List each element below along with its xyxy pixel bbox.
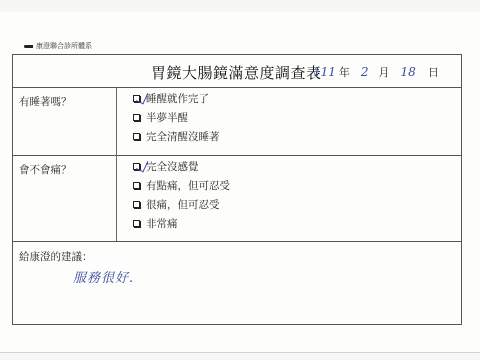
divider (13, 241, 461, 242)
option-label: 很痛，但可忍受 (146, 197, 220, 212)
year-unit: 年 (339, 64, 350, 80)
option-label: 有點痛，但可忍受 (146, 178, 230, 193)
divider (13, 87, 461, 88)
day-value[interactable]: 18 (401, 65, 416, 79)
checkbox-icon[interactable] (133, 114, 140, 121)
option-pain-2[interactable]: 很痛，但可忍受 (133, 195, 230, 214)
option-label: 睡醒就作完了 (146, 91, 209, 106)
org-header: 康澄聯合診所體系 (24, 41, 92, 51)
day-unit: 日 (428, 64, 439, 80)
option-label: 半夢半醒 (146, 110, 188, 125)
option-pain-0[interactable]: 完全沒感覺 (133, 157, 230, 176)
suggestion-handwritten-text[interactable]: 服務很好. (73, 267, 134, 286)
option-label: 完全清醒沒睡著 (146, 129, 220, 144)
checkbox-icon[interactable] (133, 201, 140, 208)
survey-form: 胃鏡大腸鏡滿意度調查表 111 年 2 月 18 日 有睡著嗎？ 睡醒就作完了 … (12, 54, 462, 325)
month-value[interactable]: 2 (361, 65, 369, 79)
month-unit: 月 (379, 64, 390, 80)
option-sleep-2[interactable]: 完全清醒沒睡著 (133, 127, 220, 146)
question-pain-options: 完全沒感覺 有點痛，但可忍受 很痛，但可忍受 非常痛 (133, 157, 230, 233)
org-logo-icon (24, 45, 33, 48)
org-name: 康澄聯合診所體系 (36, 41, 92, 51)
checkbox-checked-icon[interactable] (133, 163, 140, 170)
checkbox-icon[interactable] (133, 220, 140, 227)
question-pain-label: 會不會痛？ (19, 162, 72, 177)
checkbox-checked-icon[interactable] (133, 95, 140, 102)
checkbox-icon[interactable] (133, 182, 140, 189)
checkbox-icon[interactable] (133, 133, 140, 140)
column-divider (116, 87, 117, 241)
form-title: 胃鏡大腸鏡滿意度調查表 (151, 62, 322, 83)
option-sleep-0[interactable]: 睡醒就作完了 (133, 89, 220, 108)
question-sleep-label: 有睡著嗎？ (19, 94, 72, 109)
option-label: 非常痛 (146, 216, 178, 231)
suggestion-label: 給康澄的建議： (19, 249, 93, 264)
divider (13, 155, 461, 156)
option-label: 完全沒感覺 (146, 159, 199, 174)
form-date: 111 年 2 月 18 日 (313, 64, 442, 80)
option-sleep-1[interactable]: 半夢半醒 (133, 108, 220, 127)
option-pain-1[interactable]: 有點痛，但可忍受 (133, 176, 230, 195)
question-sleep-options: 睡醒就作完了 半夢半醒 完全清醒沒睡著 (133, 89, 220, 146)
year-value[interactable]: 111 (313, 65, 336, 79)
option-pain-3[interactable]: 非常痛 (133, 214, 230, 233)
